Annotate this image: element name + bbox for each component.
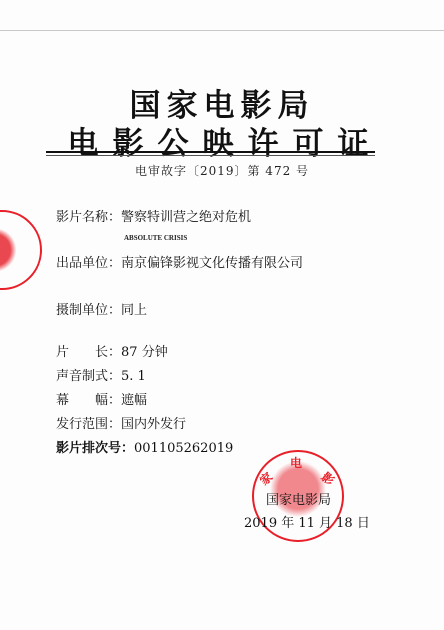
field-production-unit: 摄制单位：同上 (56, 299, 147, 318)
field-label: 发行范围： (56, 413, 121, 432)
document-number: 电审故字〔2019〕第 472 号 (0, 162, 444, 179)
field-film-serial-number: 影片排次号：001105262019 (56, 437, 233, 456)
seal-char-right: 影 (318, 468, 338, 489)
field-value: 同上 (121, 303, 147, 318)
field-label: 影片排次号： (56, 437, 134, 456)
seal-char-top: 电 (290, 454, 302, 471)
field-film-title: 影片名称：警察特训营之绝对危机 (56, 206, 251, 225)
title-rule-thin (46, 155, 375, 156)
field-label: 摄制单位： (56, 299, 121, 318)
field-label: 声音制式： (56, 365, 121, 384)
field-label: 影片名称： (56, 206, 121, 225)
field-label: 幕 幅： (56, 389, 121, 408)
field-duration: 片 长：87 分钟 (56, 341, 168, 360)
issuer-signature: 国家电影局 (266, 489, 331, 508)
field-value: 5. 1 (121, 369, 146, 384)
field-sound-format: 声音制式：5. 1 (56, 365, 146, 384)
issue-date: 2019 年 11 月 18 日 (244, 512, 370, 531)
field-label: 出品单位： (56, 252, 121, 271)
field-value: 001105262019 (134, 441, 233, 456)
field-label: 片 长： (56, 341, 121, 360)
seal-char-left: 家 (256, 468, 276, 489)
document-title: 电影公映许可证 (0, 118, 444, 163)
english-title: ABSOLUTE CRISIS (124, 234, 187, 242)
scan-edge-line (0, 30, 444, 31)
field-value: 警察特训营之绝对危机 (121, 210, 251, 225)
left-seal-stamp-icon (0, 210, 42, 290)
field-value: 遮幅 (121, 393, 147, 408)
field-value: 南京偏锋影视文化传播有限公司 (121, 256, 303, 271)
field-screen-format: 幕 幅：遮幅 (56, 389, 147, 408)
field-value: 87 分钟 (121, 345, 168, 360)
field-producer: 出品单位：南京偏锋影视文化传播有限公司 (56, 252, 303, 271)
title-rule-thick (46, 151, 375, 153)
field-distribution-scope: 发行范围：国内外发行 (56, 413, 186, 432)
field-value: 国内外发行 (121, 417, 186, 432)
